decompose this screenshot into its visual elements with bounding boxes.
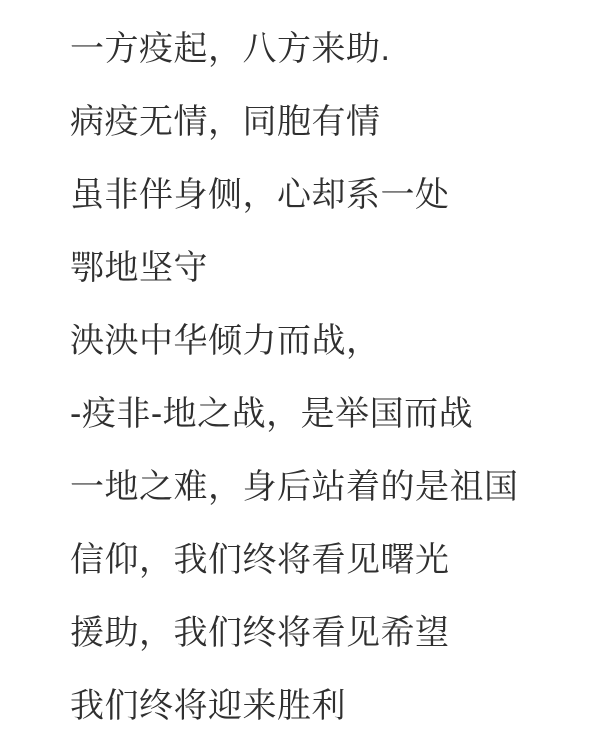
poem-line-2: 病疫无情，同胞有情 xyxy=(70,86,602,159)
poem-line-9: 援助，我们终将看见希望 xyxy=(70,597,602,670)
poem-line-1: 一方疫起，八方来助. xyxy=(70,13,602,86)
poem-line-10: 我们终将迎来胜利 xyxy=(70,670,602,743)
poem-line-7: 一地之难，身后站着的是祖国 xyxy=(70,451,602,524)
poem-line-8: 信仰，我们终将看见曙光 xyxy=(70,524,602,597)
poem-line-5: 泱泱中华倾力而战， xyxy=(70,305,602,378)
poem-line-3: 虽非伴身侧，心却系一处 xyxy=(70,159,602,232)
poem-page: 一方疫起，八方来助. 病疫无情，同胞有情 虽非伴身侧，心却系一处 鄂地坚守 泱泱… xyxy=(0,0,612,754)
poem-line-6: -疫非-地之战，是举国而战 xyxy=(70,378,602,451)
poem-line-4: 鄂地坚守 xyxy=(70,232,602,305)
